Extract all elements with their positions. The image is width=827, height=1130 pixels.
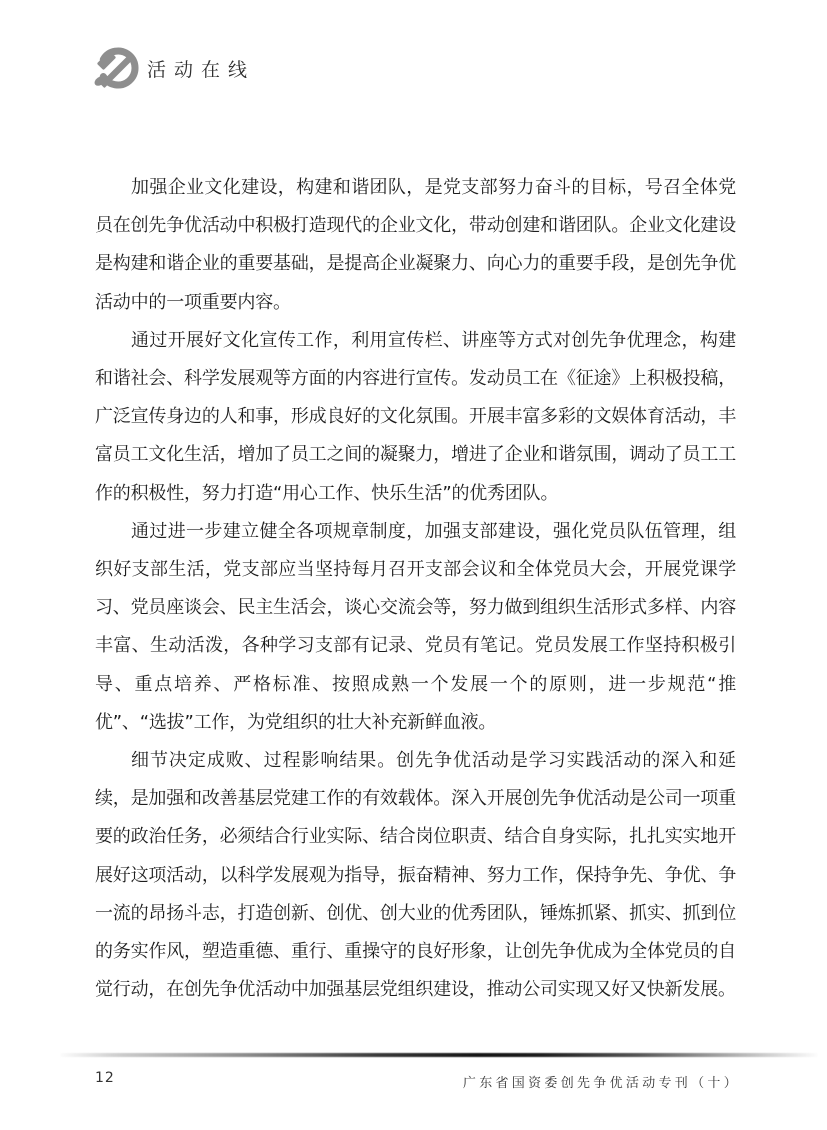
paragraph-2: 通过开展好文化宣传工作，利用宣传栏、讲座等方式对创先争优理念，构建和谐社会、科学… <box>95 322 736 513</box>
journal-title: 广东省国资委创先争优活动专刊（十） <box>463 1072 740 1091</box>
paragraph-1: 加强企业文化建设，构建和谐团队，是党支部努力奋斗的目标，号召全体党员在创先争优活… <box>95 169 736 322</box>
paragraph-4: 细节决定成败、过程影响结果。创先争优活动是学习实践活动的深入和延续，是加强和改善… <box>95 742 736 1009</box>
party-emblem-icon <box>93 46 139 92</box>
article-body: 加强企业文化建设，构建和谐团队，是党支部努力奋斗的目标，号召全体党员在创先争优活… <box>95 169 736 1009</box>
page-number: 12 <box>95 1070 115 1086</box>
footer-divider <box>60 1053 818 1057</box>
paragraph-3: 通过进一步建立健全各项规章制度，加强支部建设，强化党员队伍管理，组织好支部生活，… <box>95 513 736 742</box>
document-page: 活动在线 加强企业文化建设，构建和谐团队，是党支部努力奋斗的目标，号召全体党员在… <box>0 0 827 1130</box>
column-title: 活动在线 <box>147 59 255 81</box>
